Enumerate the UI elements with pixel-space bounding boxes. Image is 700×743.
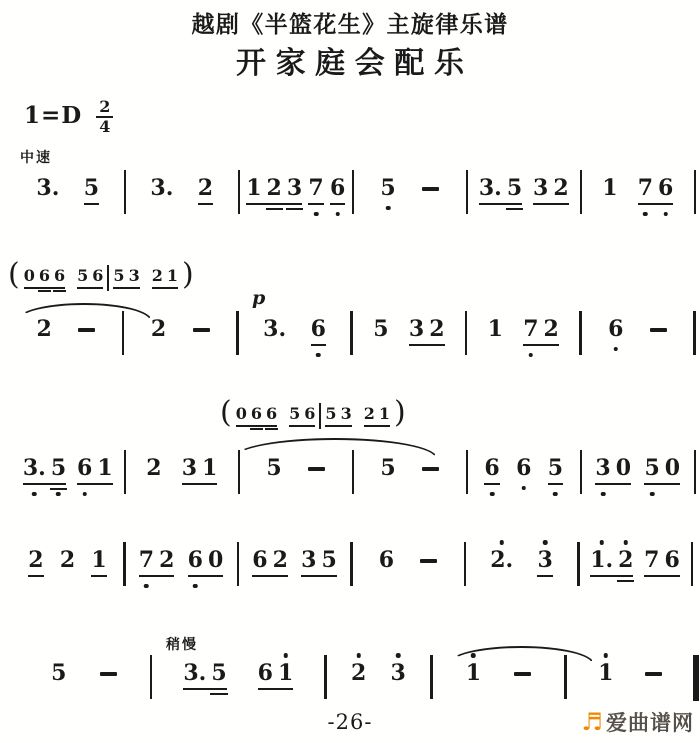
note-value: 0 (24, 266, 35, 285)
note-value: 6 (39, 266, 50, 285)
note: 6 (608, 317, 623, 341)
beam-group: 3 (391, 661, 406, 688)
beam-group: 6 (516, 456, 531, 483)
measure: 665 (468, 456, 580, 485)
note-value: 6 (658, 175, 673, 201)
note-value: 6 (516, 455, 531, 481)
note: 3 (301, 548, 316, 572)
note: 5 (211, 661, 226, 685)
beam-group: 066 (236, 404, 277, 427)
note-value: 6 (258, 660, 273, 686)
beam-group: 21 (364, 404, 390, 427)
measure: 1 (433, 661, 565, 688)
octave-dot-below (663, 212, 668, 217)
note: 1 (466, 661, 481, 685)
note-value: 7 (523, 316, 538, 342)
note-value: 5 (325, 404, 336, 423)
note: 3. (36, 176, 59, 200)
watermark-site-name: 爱曲谱网 (606, 707, 694, 737)
tie-arc (448, 646, 594, 664)
beam-group: 3. (36, 176, 59, 203)
measure: 3050 (582, 456, 694, 485)
beam-group: 5 (380, 176, 395, 203)
note-value: 5 (289, 404, 300, 423)
measure: 172 (467, 317, 579, 346)
note: 2 (152, 266, 163, 285)
note: 3. (183, 661, 206, 685)
beam-group: 3.5 (479, 176, 522, 205)
note-value: 3. (183, 660, 206, 686)
measure: 5 (18, 661, 150, 688)
note: 6 (258, 661, 273, 685)
close-paren: ) (182, 261, 194, 289)
note-value: 6 (379, 547, 394, 573)
beam-group: 21 (152, 266, 178, 289)
measure: 5 (354, 456, 466, 483)
beam-group: 1 (488, 317, 503, 344)
measure: 23 (327, 661, 430, 688)
note-value: 1 (278, 660, 293, 686)
barline (691, 542, 694, 586)
octave-dot-above (356, 653, 361, 658)
final-barline (693, 655, 699, 701)
note: 6 (304, 404, 315, 423)
cue-figure: (066565321) (220, 404, 406, 429)
note-value: 5 (380, 175, 395, 201)
beam-group: 6 (330, 176, 345, 205)
dash-rest-note (645, 672, 662, 676)
barline (694, 450, 697, 494)
note: 6 (54, 266, 65, 285)
note: 3. (150, 176, 173, 200)
note: 6 (251, 404, 262, 423)
note: 2 (429, 317, 444, 341)
dash-rest-note (420, 559, 437, 563)
note-value: 5 (548, 455, 563, 481)
note: 1 (278, 661, 293, 685)
note-value: 2 (159, 547, 174, 573)
note-value: 1 (598, 660, 613, 686)
beam-group: 2 (351, 661, 366, 688)
note-value: 5 (51, 660, 66, 686)
beam-group: 6 (484, 456, 499, 485)
beam-group: 61 (258, 661, 294, 690)
note: 6 (658, 176, 673, 200)
octave-dot-below (553, 492, 558, 497)
octave-dot-below (316, 353, 321, 358)
note-value: 6 (608, 316, 623, 342)
note-value: 0 (616, 455, 631, 481)
beam-group: 5 (373, 317, 388, 344)
measure: 3.2 (126, 176, 238, 205)
note-value: 5 (380, 455, 395, 481)
beam-group: 5 (548, 456, 563, 485)
beam-group: 2 (151, 317, 166, 344)
measure: 6235 (239, 548, 350, 577)
dash-rest-note (422, 187, 439, 191)
note-value: 6 (484, 455, 499, 481)
watermark: ♬ 爱曲谱网 (581, 707, 694, 737)
dash-rest-note (308, 467, 325, 471)
score-line: 223.65321726 (10, 317, 696, 355)
barline (694, 170, 697, 214)
beam-group: 72 (523, 317, 559, 346)
note: 3 (129, 266, 140, 285)
measure: 06656 (236, 404, 316, 427)
note: 7 (139, 548, 154, 572)
note-value: 7 (638, 175, 653, 201)
note-value: 5 (266, 455, 281, 481)
note-value: 1 (202, 455, 217, 481)
note-value: 3. (479, 175, 502, 201)
dash-rest-note (514, 672, 531, 676)
note: 6 (330, 176, 345, 200)
note: 7 (638, 176, 653, 200)
note: 1 (202, 456, 217, 480)
open-paren: ( (8, 261, 20, 289)
beam-group: 5 (84, 176, 99, 205)
measure: 3.561 (12, 456, 124, 485)
note-value: 2 (146, 455, 161, 481)
octave-dot-below (56, 492, 61, 497)
note: 2 (267, 176, 282, 200)
note: 1 (379, 404, 390, 423)
note-value: 6 (77, 455, 92, 481)
beam-group: 35 (301, 548, 337, 577)
measure: 5321 (113, 266, 178, 289)
note-value: 3 (287, 175, 302, 201)
note-value: 3 (301, 547, 316, 573)
note-value: 1 (91, 547, 106, 573)
note: 7 (523, 317, 538, 341)
note: 6 (484, 456, 499, 480)
note: 6 (252, 548, 267, 572)
note: 2 (364, 404, 375, 423)
note: 3. (23, 456, 46, 480)
cue-figure: (066565321) (8, 266, 194, 291)
note-value: 2 (273, 547, 288, 573)
score-line: 53.5612311 (18, 661, 699, 701)
measure: 176 (582, 176, 694, 205)
note-value: 6 (266, 404, 277, 423)
measure: 2 (124, 317, 236, 344)
octave-dot-above (604, 653, 609, 658)
measure: 7260 (126, 548, 237, 577)
measure: 06656 (24, 266, 104, 289)
note-value: 6 (251, 404, 262, 423)
octave-dot-above (599, 540, 604, 545)
beam-group: 2 (37, 317, 52, 344)
note-value: 3. (36, 175, 59, 201)
note: 5 (380, 176, 395, 200)
octave-dot-below (522, 486, 527, 491)
note-value: 5 (321, 547, 336, 573)
note-value: 6 (664, 547, 679, 573)
beam-group: 2 (198, 176, 213, 205)
note: 2 (159, 548, 174, 572)
note: 2 (60, 548, 75, 572)
sheet-music-page: 越剧《半篮花生》主旋律乐谱 开家庭会配乐 1=D 2 4 中速 稍慢 p 3.5… (0, 0, 700, 743)
note: 5 (84, 176, 99, 200)
barline (319, 403, 321, 429)
note: 3 (409, 317, 424, 341)
note: 2 (351, 661, 366, 685)
beam-group: 6 (608, 317, 623, 344)
note: 7 (644, 548, 659, 572)
octave-dot-above (499, 540, 504, 545)
note: 3 (341, 404, 352, 423)
beam-group: 76 (638, 176, 674, 205)
octave-dot-above (624, 540, 629, 545)
note-value: 2 (151, 316, 166, 342)
beam-group: 2 (146, 456, 161, 483)
octave-dot-above (283, 653, 288, 658)
beam-group: 61 (77, 456, 113, 485)
measure: 6 (353, 548, 464, 575)
measure: 231 (126, 456, 238, 485)
note: 0 (236, 404, 247, 423)
beam-group: 6 (379, 548, 394, 575)
note: 7 (308, 176, 323, 200)
beam-group: 56 (77, 266, 103, 289)
note: 6 (39, 266, 50, 285)
note: 2 (544, 317, 559, 341)
octave-dot-below (614, 347, 619, 352)
measure: 3.561 (152, 661, 324, 690)
beam-group: 5 (266, 456, 281, 483)
measure: 3.5 (12, 176, 124, 205)
note-value: 2 (429, 316, 444, 342)
note: 2 (618, 548, 633, 572)
note: 1 (91, 548, 106, 572)
note: 5 (289, 404, 300, 423)
note-value: 3 (537, 547, 552, 573)
note: 5 (548, 456, 563, 480)
note-value: 7 (308, 175, 323, 201)
beam-group: 1 (91, 548, 106, 577)
note-value: 5 (644, 455, 659, 481)
note: 6 (379, 548, 394, 572)
measure: 5321 (325, 404, 390, 427)
note-value: 1 (488, 316, 503, 342)
beam-group: 2. (490, 548, 513, 575)
note: 5 (266, 456, 281, 480)
note: 5 (507, 176, 522, 200)
note-value: 1 (379, 404, 390, 423)
beam-group: 3. (150, 176, 173, 203)
note: 5 (113, 266, 124, 285)
barline (107, 265, 109, 291)
beam-group: 066 (24, 266, 65, 289)
beam-group: 1 (602, 176, 617, 203)
score-area: 3.53.21237653.532176223.653217263.561231… (0, 0, 700, 743)
beam-group: 1 (466, 661, 481, 688)
note: 1 (602, 176, 617, 200)
octave-dot-below (82, 492, 87, 497)
note: 2 (553, 176, 568, 200)
note-value: 6 (188, 547, 203, 573)
open-paren: ( (220, 399, 232, 427)
measure: 5 (354, 176, 466, 203)
note: 6 (516, 456, 531, 480)
note-value: 6 (330, 175, 345, 201)
note: 5 (644, 456, 659, 480)
note: 3 (182, 456, 197, 480)
note-value: 2 (351, 660, 366, 686)
note: 1 (246, 176, 261, 200)
beam-group: 62 (252, 548, 288, 577)
beam-group: 3. (263, 317, 286, 344)
octave-dot-below (490, 492, 495, 497)
note: 3 (533, 176, 548, 200)
note-value: 1 (602, 175, 617, 201)
note: 5 (321, 548, 336, 572)
note-value: 3. (263, 316, 286, 342)
beam-group: 72 (139, 548, 175, 577)
measure: 5 (240, 456, 352, 483)
note-value: 3 (341, 404, 352, 423)
dash-rest-note (78, 328, 95, 332)
note: 2 (146, 456, 161, 480)
measure: 221 (12, 548, 123, 577)
measure: 532 (353, 317, 465, 346)
note-value: 1 (246, 175, 261, 201)
note-value: 3 (533, 175, 548, 201)
note-value: 2 (60, 547, 75, 573)
note-value: 6 (311, 316, 326, 342)
note-value: 3 (182, 455, 197, 481)
note-value: 6 (92, 266, 103, 285)
beam-group: 7 (308, 176, 323, 205)
note: 2 (151, 317, 166, 341)
note: 3 (287, 176, 302, 200)
beam-group: 30 (595, 456, 631, 485)
octave-dot-below (386, 206, 391, 211)
octave-dot-below (32, 492, 37, 497)
note: 2 (198, 176, 213, 200)
dash-rest-note (650, 328, 667, 332)
note-value: 2 (28, 547, 43, 573)
octave-dot-below (650, 492, 655, 497)
note-value: 3 (595, 455, 610, 481)
measure: 3.6 (239, 317, 351, 346)
note: 5 (373, 317, 388, 341)
note: 3. (479, 176, 502, 200)
note: 6 (92, 266, 103, 285)
beam-group: 53 (325, 404, 351, 427)
beam-group: 53 (113, 266, 139, 289)
beam-group: 5 (380, 456, 395, 483)
note: 6 (266, 404, 277, 423)
dash-rest-note (422, 467, 439, 471)
measure: 1 (567, 661, 693, 688)
beam-group: 1 (598, 661, 613, 688)
dash-rest-note (100, 672, 117, 676)
beam-group: 2 (60, 548, 75, 575)
note: 6 (664, 548, 679, 572)
beam-group: 123 (246, 176, 302, 205)
beam-group: 1.2 (590, 548, 633, 577)
beam-group: 3.5 (183, 661, 226, 690)
note: 6 (188, 548, 203, 572)
note: 0 (208, 548, 223, 572)
note: 2 (28, 548, 43, 572)
note: 0 (24, 266, 35, 285)
octave-dot-below (529, 353, 534, 358)
note: 5 (77, 266, 88, 285)
score-line: 3.561231556653050 (12, 456, 696, 494)
note-value: 2. (490, 547, 513, 573)
note: 0 (665, 456, 680, 480)
measure: 3.532 (468, 176, 580, 205)
note-value: 1 (167, 266, 178, 285)
slur-arc (233, 438, 437, 458)
note-value: 7 (644, 547, 659, 573)
cue-notes: 066565321 (232, 404, 394, 429)
beam-group: 60 (188, 548, 224, 577)
measure: 2.3 (466, 548, 577, 577)
note: 2. (490, 548, 513, 572)
note-value: 2 (553, 175, 568, 201)
beam-group: 6 (311, 317, 326, 346)
measure: 2 (10, 317, 122, 344)
note-value: 5 (84, 175, 99, 201)
note: 5 (51, 456, 66, 480)
note-value: 5 (113, 266, 124, 285)
note-value: 3 (129, 266, 140, 285)
octave-dot-below (193, 584, 198, 589)
beam-group: 3 (537, 548, 552, 577)
octave-dot-above (396, 653, 401, 658)
note: 1 (97, 456, 112, 480)
note: 1 (167, 266, 178, 285)
note-value: 5 (77, 266, 88, 285)
note-value: 7 (139, 547, 154, 573)
note-value: 3 (391, 660, 406, 686)
beam-group: 31 (182, 456, 218, 485)
note-value: 5 (507, 175, 522, 201)
note-value: 6 (304, 404, 315, 423)
slur-arc (16, 303, 152, 321)
dash-rest-note (193, 328, 210, 332)
note: 3 (537, 548, 552, 572)
note-value: 3. (150, 175, 173, 201)
note-value: 5 (51, 455, 66, 481)
octave-dot-above (543, 540, 548, 545)
cue-notes: 066565321 (20, 266, 182, 291)
note: 5 (325, 404, 336, 423)
note-value: 0 (665, 455, 680, 481)
beam-group: 2 (28, 548, 43, 577)
note: 2 (273, 548, 288, 572)
note-value: 3. (23, 455, 46, 481)
note-value: 1. (590, 547, 613, 573)
note-value: 2 (198, 175, 213, 201)
note-value: 2 (267, 175, 282, 201)
beam-group: 32 (533, 176, 569, 205)
note: 1. (590, 548, 613, 572)
octave-dot-below (144, 584, 149, 589)
beam-group: 56 (289, 404, 315, 427)
score-line: 2217260623562.31.276 (12, 548, 693, 586)
beam-group: 5 (51, 661, 66, 688)
octave-dot-below (601, 492, 606, 497)
octave-dot-below (643, 212, 648, 217)
note: 3. (263, 317, 286, 341)
octave-dot-below (335, 212, 340, 217)
measure: 12376 (240, 176, 352, 205)
note: 5 (51, 661, 66, 685)
